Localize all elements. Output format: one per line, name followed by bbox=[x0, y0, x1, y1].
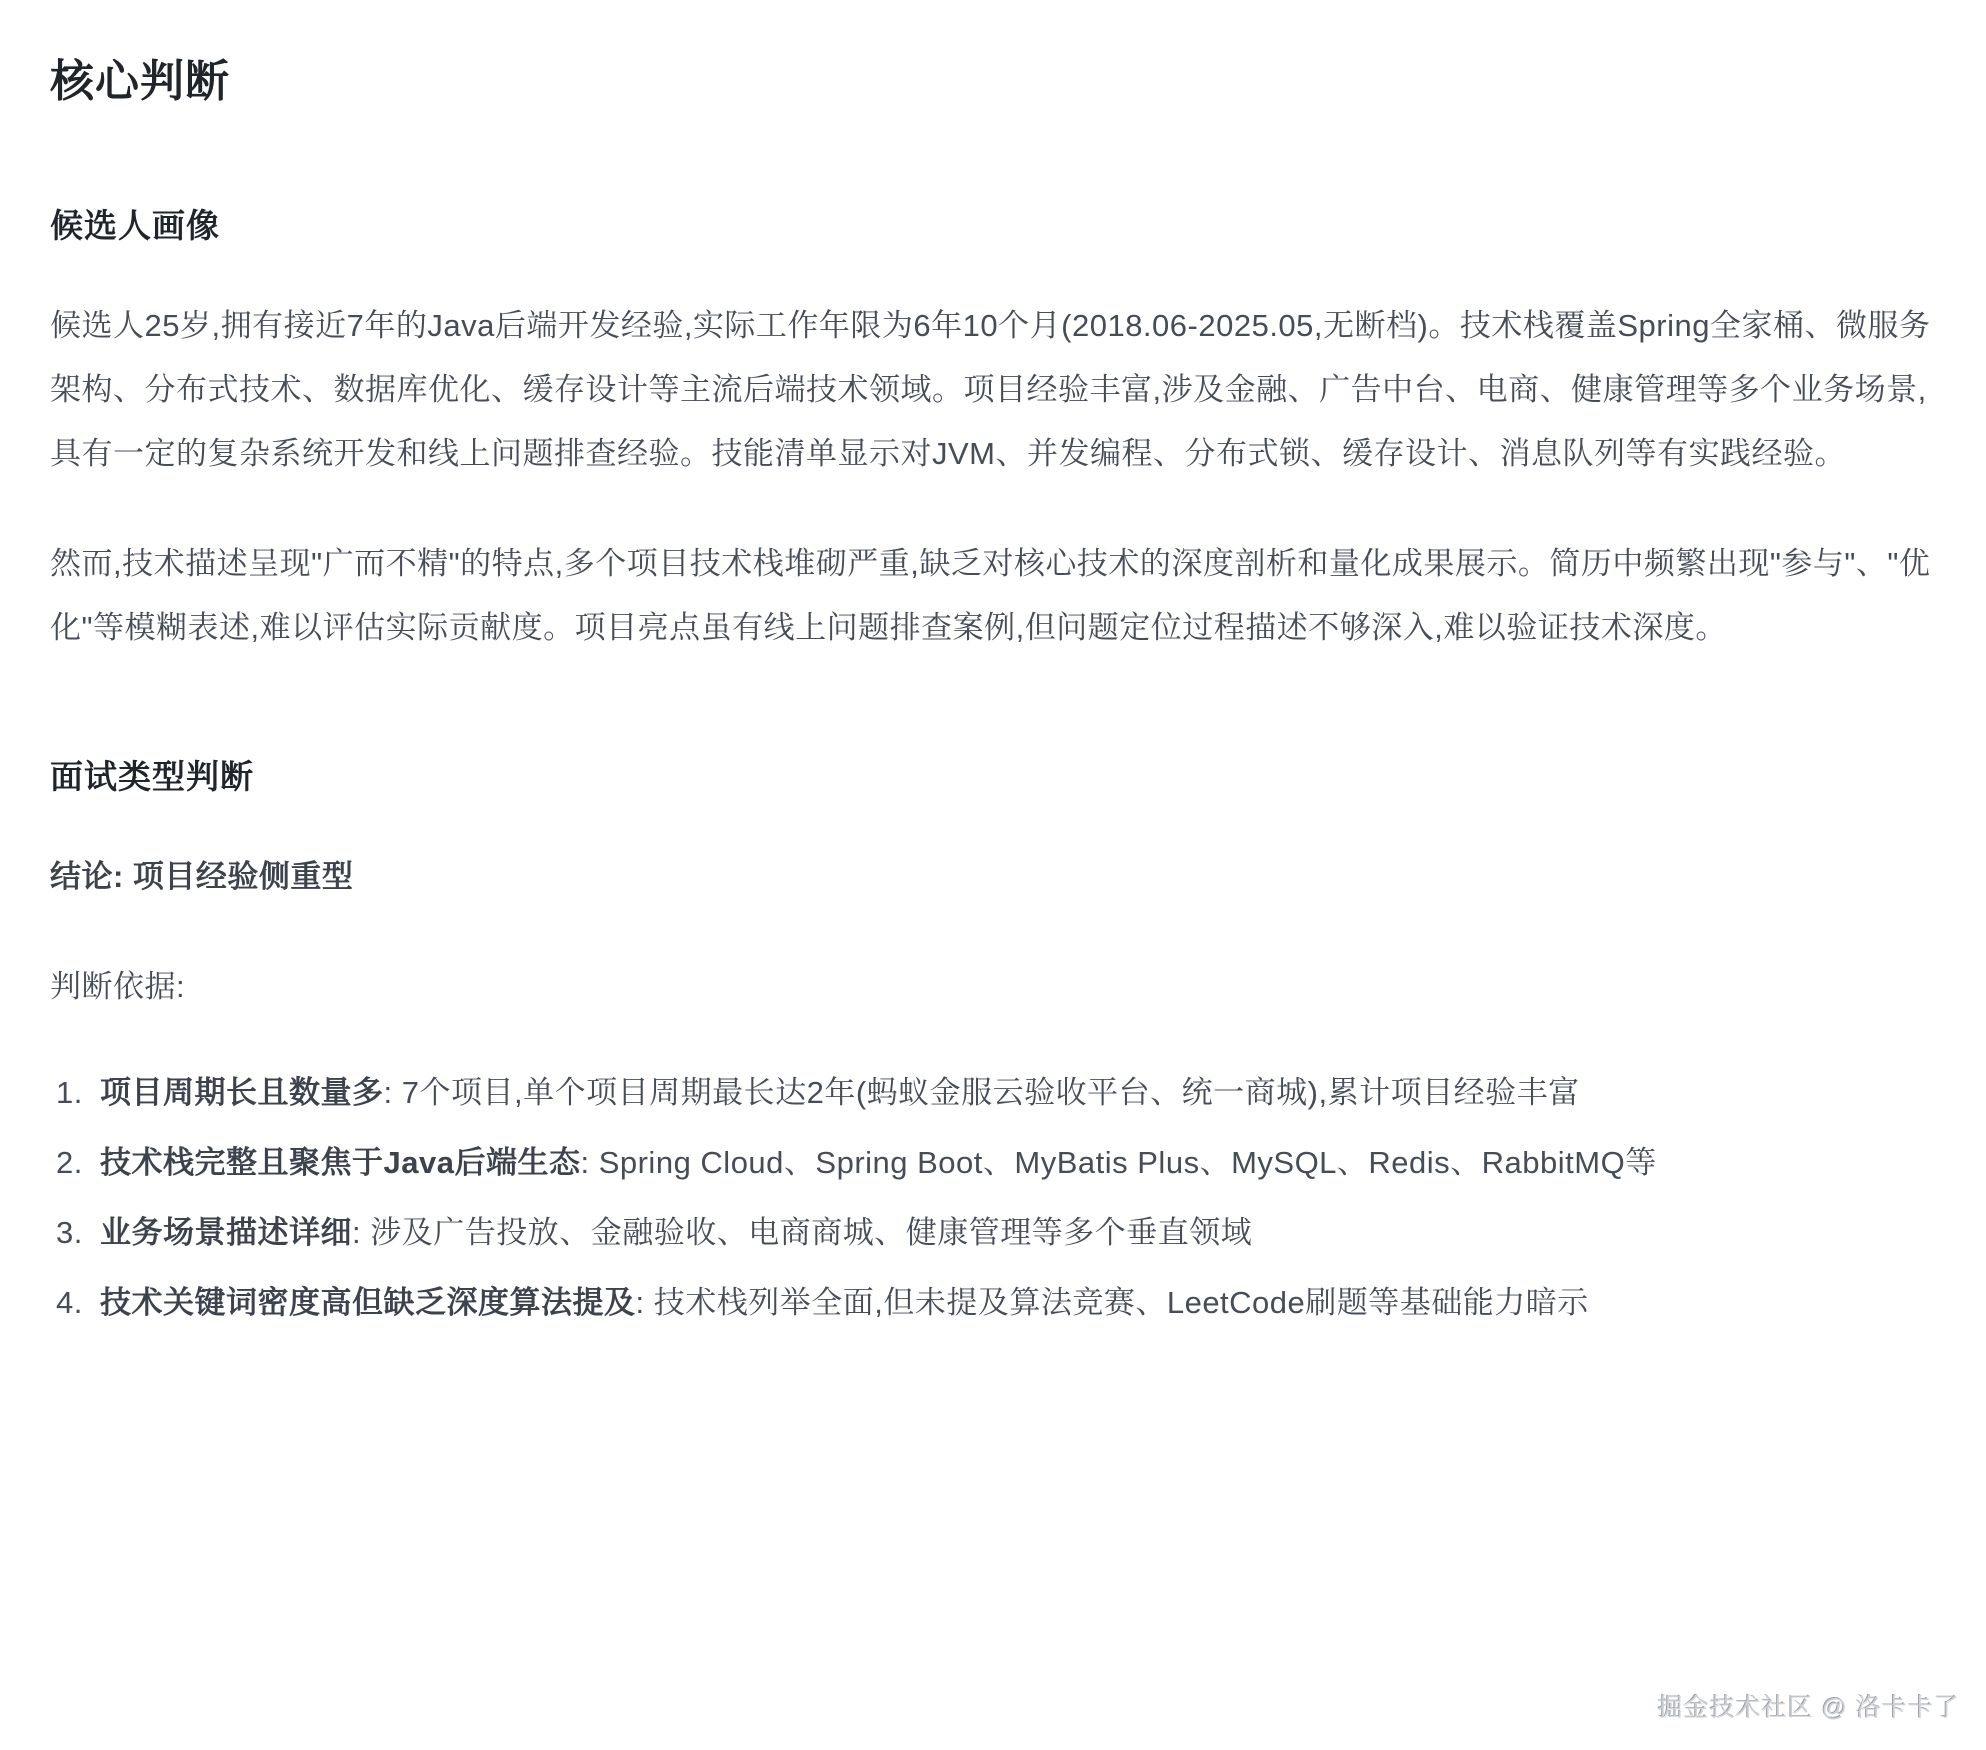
document-page: 核心判断 候选人画像 候选人25岁,拥有接近7年的Java后端开发经验,实际工作… bbox=[0, 0, 1986, 1750]
basis-item-2-lead: 技术栈完整且聚焦于Java后端生态 bbox=[100, 1145, 580, 1180]
basis-item-2-rest: : Spring Cloud、Spring Boot、MyBatis Plus、… bbox=[580, 1145, 1656, 1180]
page-title: 核心判断 bbox=[50, 54, 1934, 109]
basis-item-3-rest: : 涉及广告投放、金融验收、电商商城、健康管理等多个垂直领域 bbox=[352, 1215, 1252, 1250]
basis-item-1-rest: : 7个项目,单个项目周期最长达2年(蚂蚁金服云验收平台、统一商城),累计项目经… bbox=[384, 1075, 1580, 1110]
section-heading-interview-type: 面试类型判断 bbox=[50, 756, 1934, 799]
basis-item-4-rest: : 技术栈列举全面,但未提及算法竞赛、LeetCode刷题等基础能力暗示 bbox=[636, 1285, 1589, 1320]
basis-item-4-lead: 技术关键词密度高但缺乏深度算法提及 bbox=[100, 1285, 636, 1320]
basis-label: 判断依据: bbox=[50, 955, 1934, 1019]
basis-item-3-lead: 业务场景描述详细 bbox=[100, 1215, 352, 1250]
candidate-profile-paragraph-1: 候选人25岁,拥有接近7年的Java后端开发经验,实际工作年限为6年10个月(2… bbox=[50, 294, 1934, 486]
conclusion-text: 结论: 项目经验侧重型 bbox=[50, 859, 353, 894]
basis-list-item-2: 技术栈完整且聚焦于Java后端生态: Spring Cloud、Spring B… bbox=[92, 1131, 1934, 1195]
basis-item-1-lead: 项目周期长且数量多 bbox=[100, 1075, 384, 1110]
candidate-profile-paragraph-2: 然而,技术描述呈现"广而不精"的特点,多个项目技术栈堆砌严重,缺乏对核心技术的深… bbox=[50, 532, 1934, 660]
basis-list-item-4: 技术关键词密度高但缺乏深度算法提及: 技术栈列举全面,但未提及算法竞赛、Leet… bbox=[92, 1271, 1934, 1335]
basis-list-item-1: 项目周期长且数量多: 7个项目,单个项目周期最长达2年(蚂蚁金服云验收平台、统一… bbox=[92, 1061, 1934, 1125]
juejin-watermark: 掘金技术社区 @ 洛卡卡了 bbox=[1658, 1688, 1960, 1724]
conclusion-line: 结论: 项目经验侧重型 bbox=[50, 845, 1934, 909]
section-heading-candidate-profile: 候选人画像 bbox=[50, 205, 1934, 248]
judgment-basis-list: 项目周期长且数量多: 7个项目,单个项目周期最长达2年(蚂蚁金服云验收平台、统一… bbox=[50, 1061, 1934, 1335]
basis-list-item-3: 业务场景描述详细: 涉及广告投放、金融验收、电商商城、健康管理等多个垂直领域 bbox=[92, 1201, 1934, 1265]
